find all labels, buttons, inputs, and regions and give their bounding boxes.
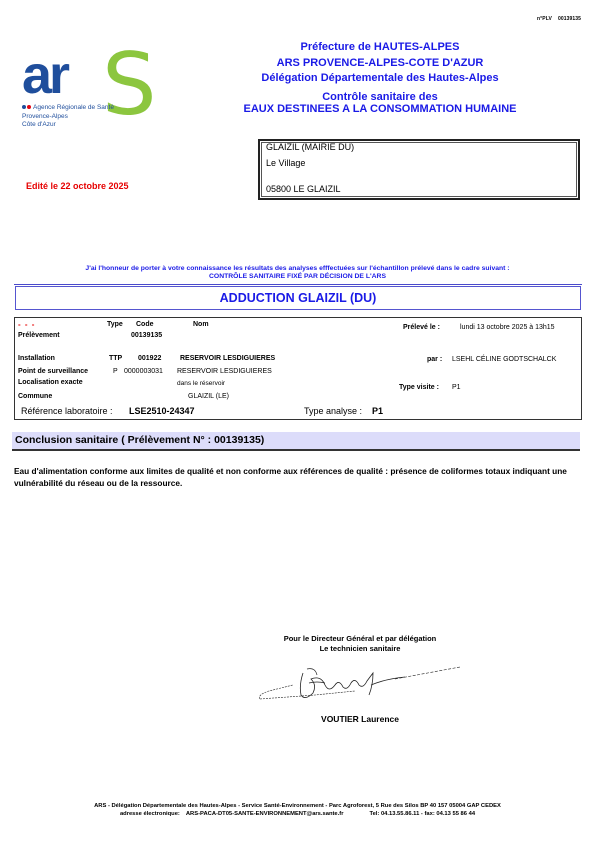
document-header: Préfecture de HAUTES-ALPES ARS PROVENCE-… [210, 40, 550, 116]
par-value: LSEHL CÉLINE GODTSCHALCK [452, 356, 556, 363]
header-prefecture: Préfecture de HAUTES-ALPES [210, 40, 550, 56]
point-code: 0000003031 [124, 368, 163, 375]
signer-name: VOUTIER Laurence [240, 714, 480, 724]
recipient-address-box: GLAIZIL (MAIRIE DU) Le Village 05800 LE … [258, 139, 580, 200]
conclusion-header: Conclusion sanitaire ( Prélèvement N° : … [12, 432, 580, 451]
signature-line-2: Le technicien sanitaire [240, 644, 480, 654]
localisation-label: Localisation exacte [18, 379, 83, 386]
point-name: RESERVOIR LESDIGUIERES [177, 368, 272, 375]
edited-date: Edité le 22 octobre 2025 [26, 181, 129, 191]
installation-type: TTP [109, 355, 122, 362]
point-surveillance-label: Point de surveillance [18, 368, 88, 375]
footer: ARS - Délégation Départementale des Haut… [20, 802, 575, 818]
footer-phone: Tel: 04.13.55.86.11 - fax: 04.13 55 86 4… [369, 811, 475, 817]
red-dashes: - - - [18, 320, 35, 329]
type-analyse-label: Type analyse : [304, 406, 362, 416]
plv-number: 00139135 [558, 16, 581, 22]
plv-label: n°PLV [537, 16, 552, 22]
col-code-header: Code [136, 321, 154, 328]
recipient-name: GLAIZIL (MAIRIE DU) [266, 142, 354, 152]
header-subtitle-2: EAUX DESTINEES A LA CONSOMMATION HUMAINE [210, 103, 550, 116]
conclusion-title: Conclusion sanitaire ( Prélèvement N° : … [15, 434, 264, 446]
recipient-street: Le Village [266, 158, 305, 168]
type-visite-label: Type visite : [399, 384, 439, 391]
logo-tagline: Agence Régionale de Santé Provence-Alpes… [22, 104, 114, 130]
header-subtitle-1: Contrôle sanitaire des [210, 91, 550, 103]
recipient-city: 05800 LE GLAIZIL [266, 184, 341, 194]
signature-line-1: Pour le Directeur Général et par délégat… [240, 634, 480, 644]
logo-letters: ar [22, 44, 67, 106]
handwritten-signature-icon [255, 655, 465, 705]
conclusion-text: Eau d'alimentation conforme aux limites … [14, 465, 574, 489]
footer-email[interactable]: ARS-PACA-DT05-SANTE-ENVIRONNEMENT@ars.sa… [186, 811, 344, 817]
intro-text: J'ai l'honneur de porter à votre connais… [20, 265, 575, 281]
adduction-title: ADDUCTION GLAIZIL (DU) [15, 286, 581, 310]
installation-label: Installation [18, 355, 55, 362]
flag-blue-dot-icon [22, 105, 26, 109]
prelevement-label: Prélèvement [18, 332, 60, 339]
type-visite-value: P1 [452, 384, 461, 391]
header-ars: ARS PROVENCE-ALPES-COTE D'AZUR [210, 56, 550, 72]
plv-reference: n°PLV00139135 [537, 16, 581, 22]
point-type: P [113, 368, 118, 375]
ars-logo: ar S Agence Régionale de Santé Provence-… [22, 58, 147, 143]
ref-labo-label: Référence laboratoire : [21, 406, 113, 416]
header-delegation: Délégation Départementale des Hautes-Alp… [210, 71, 550, 87]
par-label: par : [427, 356, 442, 363]
ref-labo-value: LSE2510-24347 [129, 406, 195, 416]
flag-red-dot-icon [27, 105, 31, 109]
preleve-le-value: lundi 13 octobre 2025 à 13h15 [460, 324, 555, 331]
prelevement-code: 00139135 [131, 332, 162, 339]
installation-code: 001922 [138, 355, 161, 362]
installation-name: RESERVOIR LESDIGUIERES [180, 355, 275, 362]
footer-email-label: adresse électronique: [120, 811, 180, 817]
localisation-value: dans le réservoir [177, 380, 225, 387]
footer-address: ARS - Délégation Départementale des Haut… [20, 802, 575, 810]
preleve-le-label: Prélevé le : [403, 324, 440, 331]
intro-line-1: J'ai l'honneur de porter à votre connais… [20, 265, 575, 273]
intro-line-2: CONTRÔLE SANITAIRE FIXÉ PAR DÉCISION DE … [20, 273, 575, 281]
commune-value: GLAIZIL (LE) [188, 393, 229, 400]
col-type-header: Type [107, 321, 123, 328]
type-analyse-value: P1 [372, 406, 383, 416]
col-nom-header: Nom [193, 321, 209, 328]
commune-label: Commune [18, 393, 52, 400]
signature-title: Pour le Directeur Général et par délégat… [240, 634, 480, 653]
sample-info-box: - - - Type Code Nom Prélèvement 00139135… [14, 317, 582, 420]
divider [14, 284, 582, 285]
